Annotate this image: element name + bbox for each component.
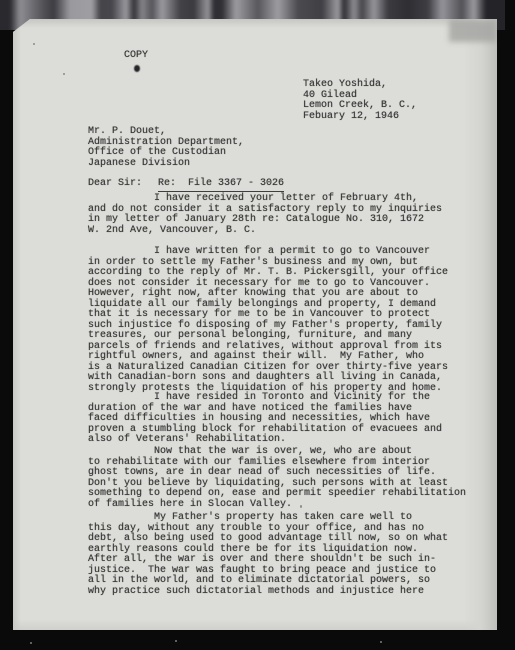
paper-speck	[63, 73, 65, 75]
letter-paragraph: I have written for a permit to go to Van…	[88, 247, 448, 394]
ink-blot	[134, 65, 140, 72]
film-speck	[30, 642, 32, 644]
recipient-address-block: Mr. P. Douet, Administration Department,…	[88, 127, 244, 169]
letter-page: COPY Takeo Yoshida, 40 Gilead Lemon Cree…	[13, 19, 497, 630]
film-speck	[175, 640, 177, 642]
letter-paragraph: My Father's property has taken care well…	[88, 513, 448, 597]
letter-paragraph: I have received your letter of February …	[88, 194, 442, 236]
copy-stamp: COPY	[124, 51, 148, 62]
letter-paragraph: I have resided in Toronto and Vicinity f…	[88, 393, 442, 446]
paper-speck	[300, 505, 302, 508]
paper-speck	[33, 43, 35, 45]
page-corner-shadow	[449, 19, 497, 42]
sender-address-block: Takeo Yoshida, 40 Gilead Lemon Creek, B.…	[303, 80, 417, 122]
film-speck	[380, 641, 382, 643]
salutation: Dear Sir:	[88, 179, 142, 190]
letter-paragraph: Now that the war is over, we, who are ab…	[88, 447, 466, 510]
reference-line: Re: File 3367 - 3026	[158, 179, 284, 192]
